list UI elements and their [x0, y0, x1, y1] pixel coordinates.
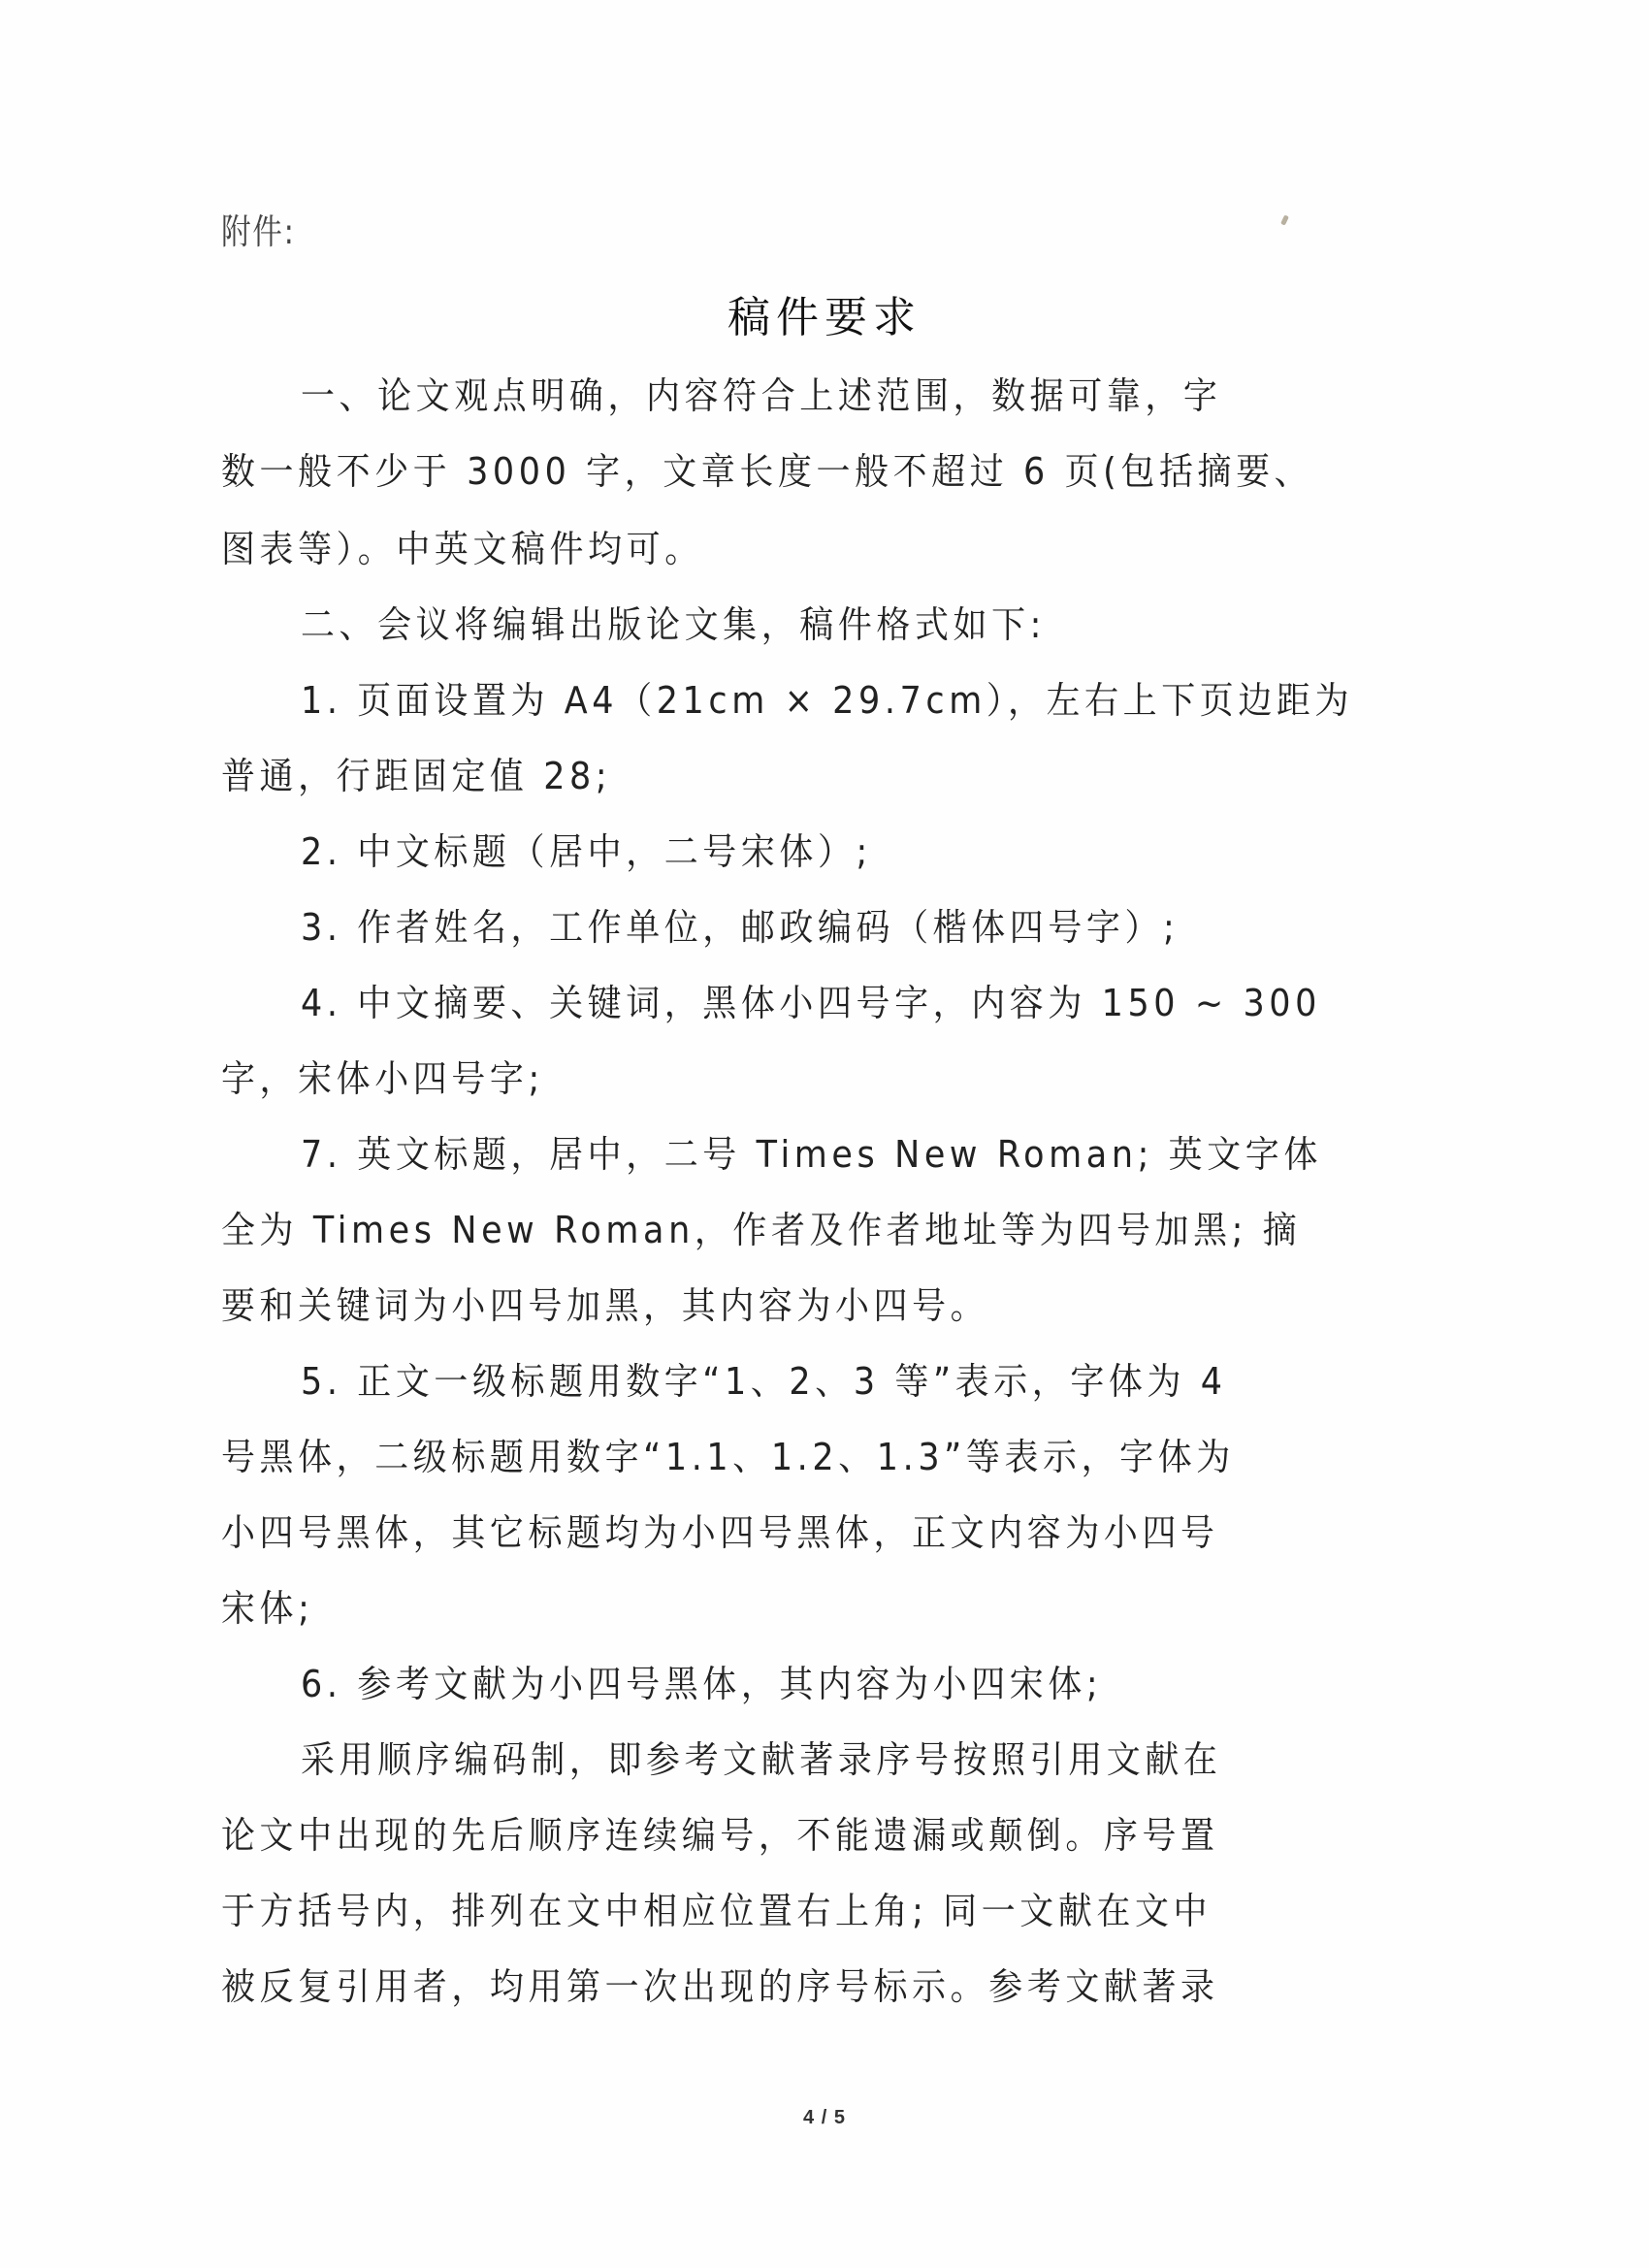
format-item-5-line-1: 5. 正文一级标题用数字“1、2、3 等”表示，字体为 4: [301, 1358, 1227, 1405]
scan-smudge: [1280, 214, 1289, 225]
format-item-7-line-2: 全为 Times New Roman，作者及作者地址等为四号加黑; 摘: [221, 1207, 1301, 1253]
attachment-label: 附件:: [221, 210, 296, 256]
format-item-7-line-1: 7. 英文标题，居中，二号 Times New Roman; 英文字体: [301, 1131, 1322, 1178]
citation-rule-line-3: 于方括号内，排列在文中相应位置右上角; 同一文献在文中: [221, 1888, 1212, 1934]
format-item-5-line-2: 号黑体，二级标题用数字“1.1、1.2、1.3”等表示，字体为: [221, 1434, 1235, 1480]
citation-rule-line-2: 论文中出现的先后顺序连续编号，不能遗漏或颠倒。序号置: [221, 1812, 1219, 1859]
format-item-3: 3. 作者姓名，工作单位，邮政编码（楷体四号字）;: [301, 904, 1179, 951]
citation-rule-line-1: 采用顺序编码制，即参考文献著录序号按照引用文献在: [301, 1736, 1221, 1783]
format-item-4-line-1: 4. 中文摘要、关键词，黑体小四号字，内容为 150 ~ 300: [301, 980, 1321, 1026]
format-item-6: 6. 参考文献为小四号黑体，其内容为小四宋体;: [301, 1661, 1102, 1707]
citation-rule-line-4: 被反复引用者，均用第一次出现的序号标示。参考文献著录: [221, 1963, 1219, 2010]
format-item-7-line-3: 要和关键词为小四号加黑，其内容为小四号。: [221, 1282, 988, 1329]
format-item-4-line-2: 字，宋体小四号字;: [221, 1055, 544, 1102]
requirement-2-heading: 二、会议将编辑出版论文集，稿件格式如下:: [301, 601, 1046, 648]
format-item-1-line-2: 普通，行距固定值 28;: [221, 753, 611, 799]
format-item-5-line-3: 小四号黑体，其它标题均为小四号黑体，正文内容为小四号: [221, 1509, 1219, 1556]
document-page: 附件: 稿件要求 一、论文观点明确，内容符合上述范围，数据可靠，字 数一般不少于…: [0, 0, 1649, 2268]
page-number: 4 / 5: [0, 2107, 1649, 2129]
requirement-1-line-3: 图表等）。中英文稿件均可。: [221, 526, 703, 572]
format-item-5-line-4: 宋体;: [221, 1585, 314, 1632]
format-item-2: 2. 中文标题（居中，二号宋体）;: [301, 828, 872, 875]
format-item-1-line-1: 1. 页面设置为 A4（21cm × 29.7cm），左右上下页边距为: [301, 677, 1353, 724]
requirement-1-line-2: 数一般不少于 3000 字，文章长度一般不超过 6 页(包括摘要、: [221, 448, 1312, 495]
requirement-1-line-1: 一、论文观点明确，内容符合上述范围，数据可靠，字: [301, 373, 1221, 419]
document-title: 稿件要求: [0, 291, 1649, 345]
